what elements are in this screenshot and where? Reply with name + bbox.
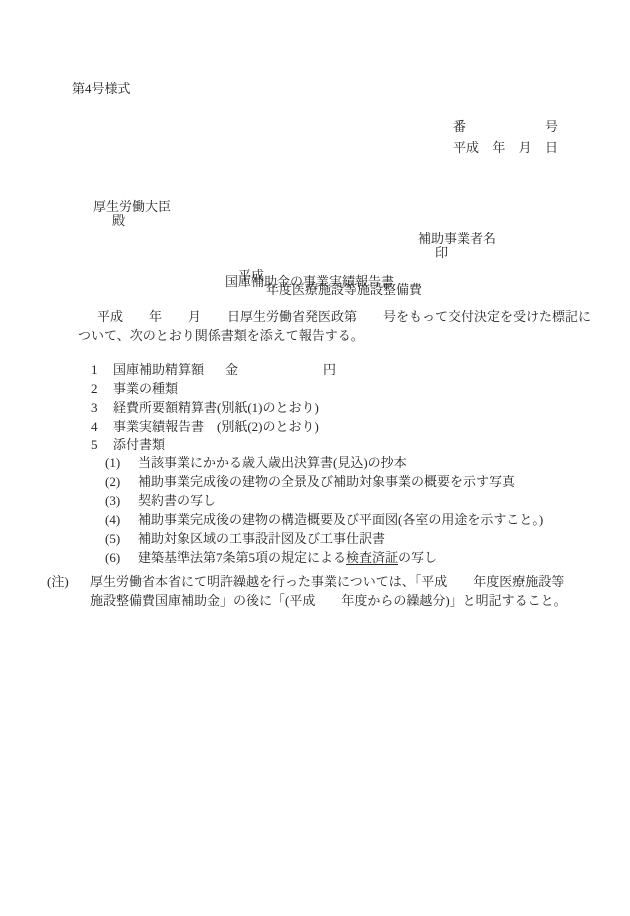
doc-number-prefix: 番 (453, 120, 466, 134)
signer-label: 補助事業者名 (418, 231, 496, 246)
body-paragraph-line1: 平成 年 月 日厚生労働省発医政第 号をもって交付決定を受けた標記に (97, 310, 591, 324)
doc-number-line: 番 号 (453, 120, 558, 134)
currency-suffix: 円 (323, 362, 336, 377)
form-number-label: 第4号様式 (72, 82, 131, 96)
addressee-line: 厚生労働大臣 殿 (80, 186, 171, 242)
note-label: (注) (47, 575, 69, 589)
attachment-text-pre: 建築基準法第7条第5項の規定による (138, 550, 346, 565)
date-month: 月 (519, 141, 532, 155)
attachment-item-6: (6)建築基準法第7条第5項の規定による検査済証の写し (92, 537, 437, 579)
date-era: 平成 (453, 141, 479, 155)
attachment-number: (6) (105, 551, 138, 565)
currency-prefix: 金 (225, 362, 238, 377)
doc-number-suffix: 号 (545, 120, 558, 134)
doc-title-line2: 国庫補助金の事業実績報告書 (225, 275, 394, 289)
doc-date-line: 平成 年 月 日 (453, 141, 558, 155)
seal-mark: 印 (435, 245, 448, 260)
addressee-honorific: 殿 (112, 213, 125, 228)
note-line2: 施設整備費国庫補助金」の後に「(平成 年度からの繰越分)」と明記すること。 (90, 594, 567, 608)
body-paragraph-line2: ついて、次のとおり関係書類を添えて報告する。 (78, 329, 364, 343)
attachment-text-underlined: 検査済証 (346, 550, 398, 565)
date-day: 日 (545, 141, 558, 155)
addressee-title: 厚生労働大臣 (93, 199, 171, 214)
note-line1: 厚生労働省本省にて明許繰越を行った事業については、「平成 年度医療施設等 (90, 575, 564, 589)
attachment-text-post: の写し (398, 550, 437, 565)
document-page: 第4号様式 番 号 平成 年 月 日 厚生労働大臣 殿 補助事業者名 印 平成 … (0, 0, 630, 916)
date-year: 年 (492, 141, 505, 155)
